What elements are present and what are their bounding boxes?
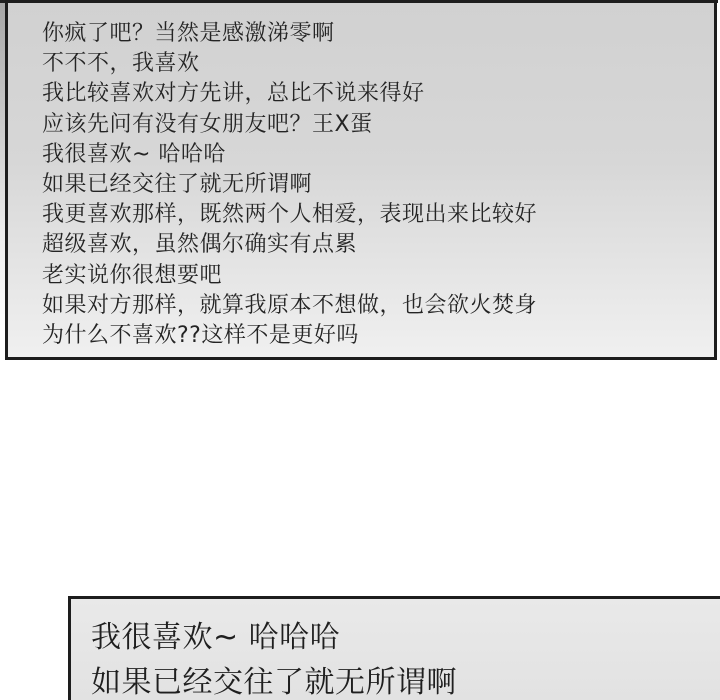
text-line: 为什么不喜欢??这样不是更好吗 <box>42 321 698 351</box>
text-line: 你疯了吧？当然是感激涕零啊 <box>42 19 698 49</box>
text-line: 我比较喜欢对方先讲，总比不说来得好 <box>42 79 698 109</box>
text-line: 老实说你很想要吧 <box>42 261 698 291</box>
text-line: 如果已经交往了就无所谓啊 <box>91 660 720 700</box>
text-line: 我很喜欢~ 哈哈哈 <box>91 615 720 660</box>
text-line: 不不不，我喜欢 <box>42 49 698 79</box>
text-line: 应该先问有没有女朋友吧？王X蛋 <box>42 110 698 140</box>
top-text-panel: 你疯了吧？当然是感激涕零啊 不不不，我喜欢 我比较喜欢对方先讲，总比不说来得好 … <box>5 0 717 360</box>
text-line: 如果对方那样，就算我原本不想做，也会欲火焚身 <box>42 291 698 321</box>
text-line: 超级喜欢，虽然偶尔确实有点累 <box>42 230 698 260</box>
bottom-text-panel: 我很喜欢~ 哈哈哈 如果已经交往了就无所谓啊 <box>68 596 720 700</box>
text-line: 我很喜欢~ 哈哈哈 <box>42 140 698 170</box>
text-line: 如果已经交往了就无所谓啊 <box>42 170 698 200</box>
text-line: 我更喜欢那样，既然两个人相爱，表现出来比较好 <box>42 200 698 230</box>
